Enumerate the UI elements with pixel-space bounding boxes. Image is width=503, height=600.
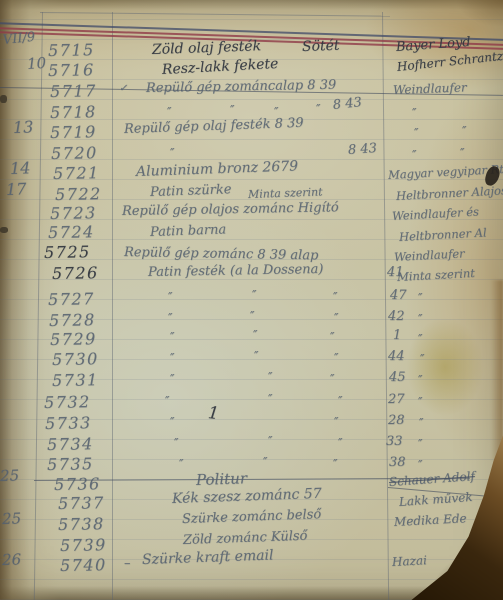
quantity-number: 33 [386, 435, 403, 449]
ditto-mark: ″ [230, 104, 234, 117]
ditto-mark: ″ [252, 289, 256, 302]
ditto-mark: ″ [334, 352, 338, 365]
dash-mark: – [124, 557, 131, 571]
serial-number: 5719 [50, 123, 97, 141]
ditto-mark: ″ [420, 353, 424, 366]
quantity-number: 42 [388, 310, 405, 324]
column-rule-serial [112, 12, 113, 600]
ditto-mark: ″ [167, 106, 171, 119]
ditto-mark: ″ [418, 313, 422, 326]
serial-number: 5726 [52, 264, 99, 282]
ledger-page-photo: VII/910131417252526571557165717571857195… [0, 0, 503, 600]
entry-description: Aluminium bronz 2679 [136, 159, 299, 180]
ditto-mark: ″ [170, 373, 174, 386]
serial-number: 5737 [58, 494, 105, 512]
ditto-mark: ″ [263, 456, 267, 469]
ditto-mark: ″ [334, 416, 338, 429]
ditto-mark: ″ [253, 329, 257, 342]
entry-description: Patin barna [150, 223, 227, 240]
serial-number: 5722 [55, 185, 102, 203]
serial-number: 5720 [51, 144, 98, 162]
entry-description: Patin szürke [150, 183, 232, 200]
quantity-number: 1 [393, 329, 401, 343]
margin-date: 13 [13, 118, 34, 136]
serial-number: 5725 [44, 243, 91, 261]
ditto-mark: ″ [268, 371, 272, 384]
ditto-mark: ″ [418, 333, 422, 346]
vendor-name: Weindlaufer [394, 247, 465, 263]
entry-description: Resz-lakk fekete [162, 57, 279, 78]
margin-date: 10 [26, 55, 46, 73]
entry-description: Szürke kraft email [142, 548, 274, 568]
entry-description: 8 43 [348, 142, 378, 158]
quantity-number: 28 [388, 414, 405, 428]
quantity-number: 47 [390, 289, 407, 303]
quantity-number: 45 [389, 371, 406, 385]
vendor-name: Weindlaufer és [392, 205, 480, 222]
ditto-mark: ″ [414, 127, 418, 140]
table-top-rule [40, 12, 390, 17]
check-mark: ✓ [119, 83, 127, 94]
quantity-number: 44 [388, 350, 405, 364]
ditto-mark: ″ [338, 395, 342, 408]
quantity-number: 38 [389, 456, 406, 470]
serial-number: 5721 [53, 164, 100, 182]
vendor-name: Heltbronner Alajos [396, 184, 503, 202]
serial-number: 5728 [49, 311, 96, 329]
margin-mark [0, 227, 8, 233]
margin-date: 25 [0, 467, 19, 484]
serial-number: 5731 [52, 371, 99, 389]
ditto-mark: ″ [268, 435, 272, 448]
margin-date: 26 [2, 551, 22, 568]
ditto-mark: ″ [412, 107, 416, 120]
entry-description: Patin festék (a la Dossena) [148, 263, 324, 280]
right-edge-stain [491, 280, 503, 460]
entry-description: Sötét [302, 39, 340, 56]
serial-number: 5724 [48, 223, 95, 241]
vendor-name: Weindlaufer [393, 81, 467, 97]
ditto-mark: ″ [333, 291, 337, 304]
margin-date: 17 [6, 180, 27, 198]
ditto-mark: ″ [418, 374, 422, 387]
ditto-mark: ″ [179, 458, 183, 471]
serial-number: 5735 [47, 455, 94, 473]
vendor-name: Lakk művek [399, 491, 473, 509]
vendor-name: Schauer Adolf [389, 470, 476, 489]
ditto-mark: ″ [170, 352, 174, 365]
entry-description: Repülő gép zománcalap 8 39 [146, 79, 336, 97]
ditto-mark: ″ [170, 147, 174, 160]
margin-date: 14 [10, 159, 31, 177]
ditto-mark: ″ [418, 438, 422, 451]
serial-number: 5718 [50, 103, 97, 121]
entry-description: Szürke zománc belső [182, 508, 322, 527]
ditto-mark: ″ [170, 416, 174, 429]
ditto-mark: ″ [165, 395, 169, 408]
serial-number: 5734 [47, 435, 94, 453]
serial-number: 5730 [52, 350, 99, 368]
ditto-mark: ″ [334, 312, 338, 325]
margin-date: VII/9 [2, 31, 36, 49]
ditto-mark: ″ [330, 373, 334, 386]
entry-description: Politur [196, 470, 248, 488]
column-rule-margin [34, 12, 44, 600]
ditto-mark: ″ [330, 331, 334, 344]
pen-stroke: 1 [207, 404, 220, 424]
ditto-mark: ″ [174, 437, 178, 450]
serial-number: 5716 [48, 61, 95, 79]
serial-number: 5736 [54, 475, 101, 493]
serial-number: 5738 [58, 515, 105, 533]
ditto-mark: ″ [462, 125, 466, 138]
ditto-mark: ″ [250, 310, 254, 323]
entry-description: Zöld olaj festék [152, 39, 262, 58]
vendor-name: Heltbronner Al [399, 226, 487, 243]
ditto-mark: ″ [412, 149, 416, 162]
serial-number: 5740 [60, 556, 107, 574]
entry-description: Kék szesz zománc 57 [172, 487, 322, 508]
ditto-mark: ″ [170, 331, 174, 344]
ditto-mark: ″ [316, 103, 320, 116]
margin-date: 25 [2, 510, 22, 527]
ditto-mark: ″ [418, 396, 422, 409]
entry-description: Repülő gép zománc 8 39 alap [124, 246, 319, 264]
serial-number: 5727 [48, 290, 95, 308]
serial-number: 5717 [50, 82, 97, 100]
ditto-mark: ″ [418, 459, 422, 472]
ditto-mark: ″ [168, 312, 172, 325]
ditto-mark: ″ [268, 393, 272, 406]
quantity-number: 27 [388, 393, 405, 407]
entry-description: 8 43 [332, 96, 362, 113]
entry-note: Minta szerint [248, 186, 323, 201]
serial-number: 5723 [50, 204, 97, 222]
ditto-mark: ″ [333, 458, 337, 471]
serial-number: 5715 [48, 41, 95, 59]
entry-description: Zöld zománc Külső [183, 530, 308, 549]
margin-mark [0, 95, 7, 103]
ditto-mark: ″ [419, 417, 423, 430]
serial-number: 5729 [50, 330, 97, 348]
ditto-mark: ″ [254, 350, 258, 363]
top-right-stain [445, 0, 503, 32]
entry-description: Repülő gép olaj festék 8 39 [124, 117, 304, 138]
ditto-mark: ″ [460, 147, 464, 160]
ditto-mark: ″ [418, 292, 422, 305]
serial-number: 5733 [45, 414, 92, 432]
vendor-name: Minta szerint [397, 267, 476, 284]
serial-number: 5732 [44, 393, 91, 411]
entry-description: Repülő gép olajos zománc Higító [122, 201, 339, 219]
ditto-mark: ″ [338, 437, 342, 450]
ditto-mark: ″ [168, 291, 172, 304]
serial-number: 5739 [60, 536, 107, 554]
